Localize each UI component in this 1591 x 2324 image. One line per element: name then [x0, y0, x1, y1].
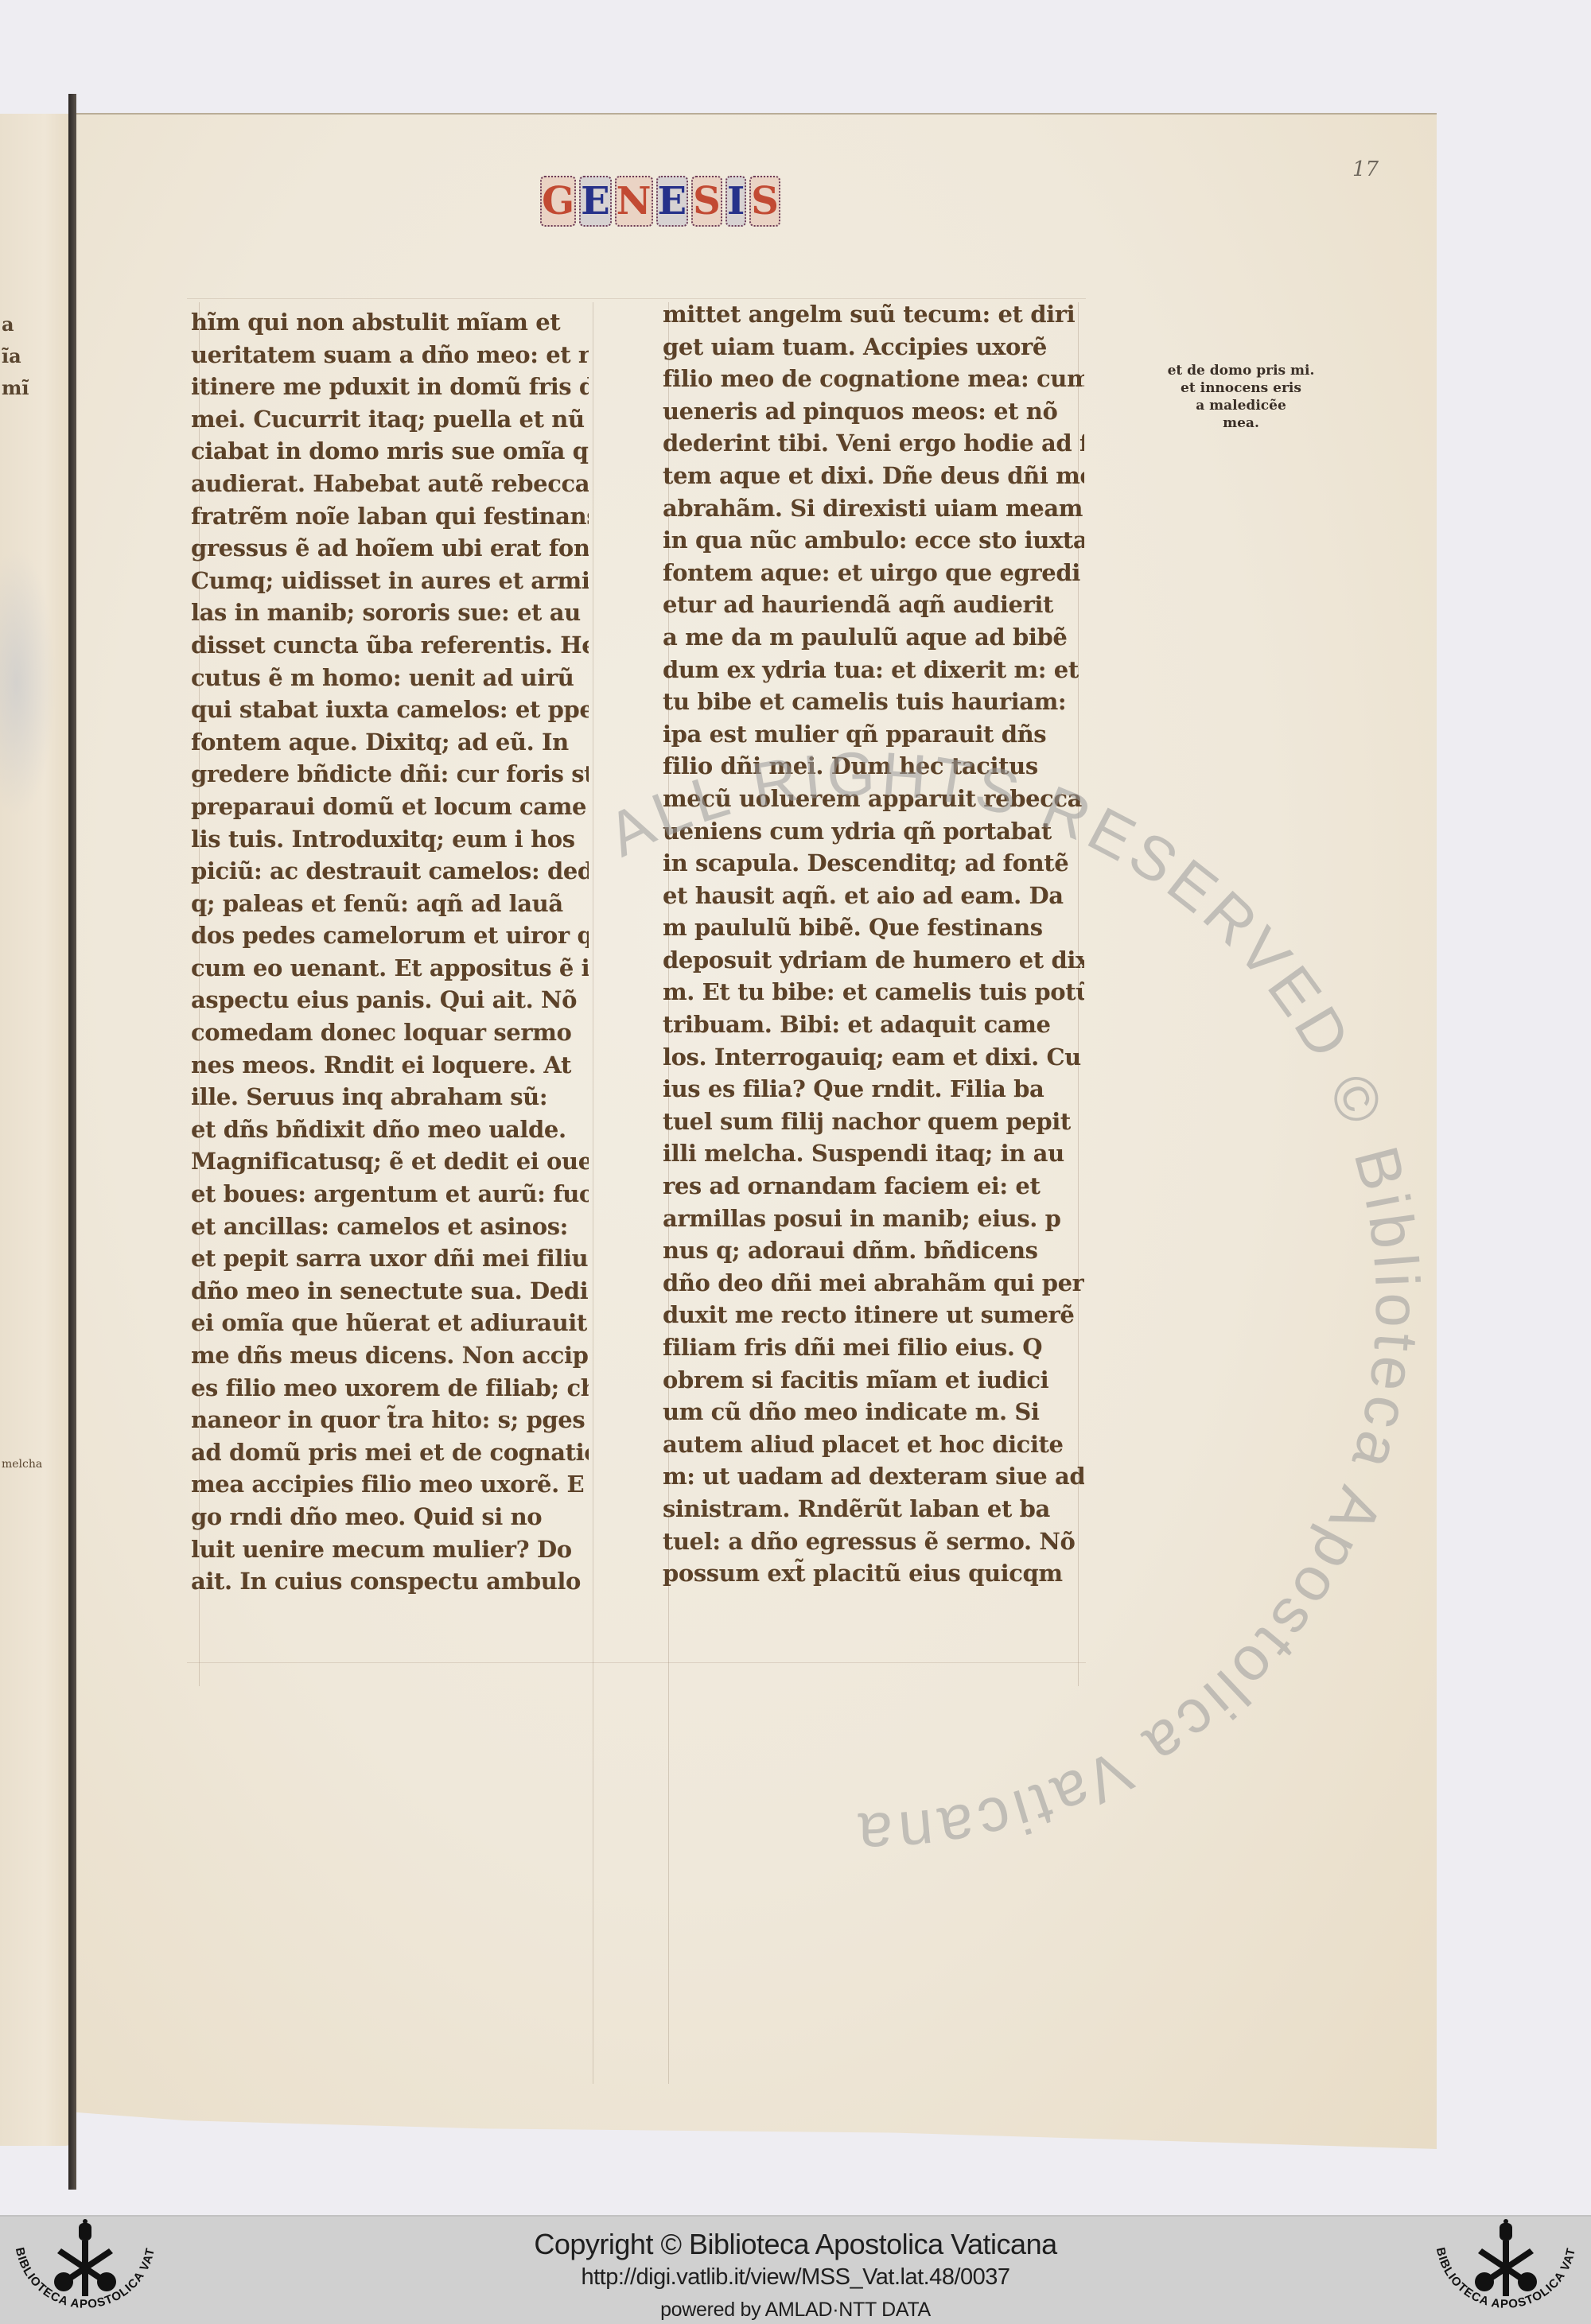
manuscript-line: in scapula. Descenditq; ad fontẽ [663, 847, 1084, 880]
manuscript-line: filio meo de cognatione mea: cum [663, 363, 1084, 395]
manuscript-line: etur ad hauriendã aqñ audierit [663, 589, 1084, 621]
manuscript-line: Magnificatusq; ẽ et dedit ei oues [191, 1145, 589, 1178]
footer-bar: Copyright © Biblioteca Apostolica Vatica… [0, 2215, 1591, 2324]
manuscript-line: los. Interrogauiq; eam et dixi. Cu [663, 1041, 1084, 1074]
manuscript-line: es filio meo uxorem de filiab; cha [191, 1372, 589, 1405]
copyright-text: Copyright © Biblioteca Apostolica Vatica… [0, 2228, 1591, 2261]
manuscript-line: mea accipies filio meo uxorẽ. E [191, 1468, 589, 1501]
manuscript-line: tem aque et dixi. Dñe deus dñi mei [663, 460, 1084, 492]
manuscript-line: nus q; adoraui dñm. bñdicens [663, 1234, 1084, 1267]
manuscript-line: fontem aque: et uirgo que egredi [663, 557, 1084, 589]
manuscript-line: las in manib; sororis sue: et au [191, 597, 589, 629]
manuscript-line: et hausit aqñ. et aio ad eam. Da [663, 880, 1084, 912]
manuscript-line: a me da m paululũ aque ad bibẽ [663, 621, 1084, 654]
margin-note-line: et de domo pris mi. [1138, 362, 1344, 379]
title-letter: S [749, 176, 780, 227]
manuscript-line: fratrẽm noĩe laban qui festinans e [191, 500, 589, 533]
title-letter: N [615, 176, 653, 227]
text-column-right: mittet angelm suũ tecum: et diriget uiam… [663, 298, 1084, 1590]
folio-number: 17 [1352, 157, 1379, 181]
title-letter: I [725, 176, 746, 227]
left-page-fragment: a [2, 313, 14, 336]
left-page-fragment: mĩ [2, 376, 29, 399]
marginal-correction-note: et de domo pris mi. et innocens eris a m… [1138, 362, 1344, 432]
scan-image: a ĩa mĩ melcha G E N E S I S 17 hĩm qui … [0, 0, 1591, 2215]
manuscript-line: go rndi dño meo. Quid si no [191, 1501, 589, 1533]
manuscript-line: obrem si facitis mĩam et iudici [663, 1364, 1084, 1397]
manuscript-line: itinere me pduxit in domũ fris dñi [191, 371, 589, 403]
manuscript-line: ius es filia? Que rndit. Filia ba [663, 1073, 1084, 1106]
manuscript-line: ueneris ad pinquos meos: et nõ [663, 395, 1084, 428]
title-letter: E [656, 176, 689, 227]
manuscript-line: q; paleas et fenũ: aqñ ad lauã [191, 888, 589, 920]
manuscript-line: sinistram. Rndẽrũt laban et ba [663, 1493, 1084, 1525]
manuscript-line: dum ex ydria tua: et dixerit m: et [663, 654, 1084, 686]
manuscript-line: filiam fris dñi mei filio eius. Q [663, 1331, 1084, 1364]
powered-by-text: powered by AMLAD·NTT DATA [0, 2299, 1591, 2322]
manuscript-line: res ad ornandam faciem ei: et [663, 1170, 1084, 1203]
title-letter: S [691, 176, 722, 227]
manuscript-line: luit uenire mecum mulier? Do [191, 1533, 589, 1566]
manuscript-line: ipa est mulier qñ pparauit dñs [663, 718, 1084, 751]
manuscript-line: tuel sum filij nachor quem pepit [663, 1106, 1084, 1138]
permalink-url[interactable]: http://digi.vatlib.it/view/MSS_Vat.lat.4… [0, 2264, 1591, 2291]
manuscript-line: ille. Seruus inq abraham sũ: [191, 1081, 589, 1113]
folio-top-edge [76, 113, 1437, 115]
title-letter: G [540, 176, 576, 227]
manuscript-line: ueniens cum ydria qñ portabat [663, 815, 1084, 848]
manuscript-line: m: ut uadam ad dexteram siue ad [663, 1460, 1084, 1493]
margin-note-line: mea. [1138, 414, 1344, 432]
running-title-genesis: G E N E S I S [553, 171, 768, 231]
manuscript-line: abrahãm. Si direxisti uiam meam [663, 492, 1084, 525]
margin-note-line: et innocens eris [1138, 379, 1344, 397]
manuscript-line: et ancillas: camelos et asinos: [191, 1211, 589, 1243]
manuscript-line: filio dñi mei. Dum hec tacitus [663, 750, 1084, 783]
manuscript-line: dño meo in senectute sua. Deditq; [191, 1275, 589, 1308]
manuscript-line: piciũ: ac destrauit camelos: dedit [191, 855, 589, 888]
manuscript-line: duxit me recto itinere ut sumerẽ [663, 1299, 1084, 1331]
manuscript-line: audierat. Habebat autẽ rebecca [191, 468, 589, 500]
manuscript-line: hĩm qui non abstulit mĩam et [191, 306, 589, 339]
manuscript-line: m. Et tu bibe: et camelis tuis potũ [663, 976, 1084, 1008]
manuscript-line: mittet angelm suũ tecum: et diri [663, 298, 1084, 331]
ruling-line [187, 1662, 1086, 1663]
manuscript-line: naneor in quor t̃ra hito: s; pges [191, 1404, 589, 1436]
manuscript-line: cum eo uenant. Et appositus ẽ in [191, 952, 589, 985]
manuscript-line: gressus ẽ ad hoĩem ubi erat fons. [191, 532, 589, 565]
ruling-line [593, 302, 593, 2084]
vatican-library-seal-icon: BIBLIOTECA APOSTOLICA VATICANA [1422, 2217, 1589, 2322]
manuscript-line: comedam donec loquar sermo [191, 1016, 589, 1049]
manuscript-line: cutus ẽ m homo: uenit ad uirũ [191, 662, 589, 694]
manuscript-line: ad domũ pris mei et de cognatioẽ [191, 1436, 589, 1469]
manuscript-line: get uiam tuam. Accipies uxorẽ [663, 331, 1084, 363]
manuscript-line: aspectu eius panis. Qui ait. Nõ [191, 984, 589, 1016]
manuscript-line: preparaui domũ et locum came [191, 791, 589, 823]
left-page-edge: a ĩa mĩ melcha [0, 114, 75, 2146]
manuscript-line: armillas posui in manib; eius. p [663, 1203, 1084, 1235]
manuscript-line: nes meos. Rndit ei loquere. At [191, 1049, 589, 1082]
manuscript-line: mecũ uoluerem apparuit rebecca [663, 783, 1084, 815]
manuscript-line: m paululũ bibẽ. Que festinans [663, 911, 1084, 944]
manuscript-line: et dñs bñdixit dño meo ualde. [191, 1113, 589, 1146]
manuscript-line: possum ext̃ placitũ eius quicqm [663, 1557, 1084, 1590]
manuscript-line: Cumq; uidisset in aures et armil [191, 565, 589, 597]
manuscript-line: ei omĩa que hũerat et adiurauit [191, 1307, 589, 1339]
manuscript-line: qui stabat iuxta camelos: et ppe [191, 694, 589, 726]
manuscript-line: illi melcha. Suspendi itaq; in au [663, 1137, 1084, 1170]
manuscript-line: gredere bñdicte dñi: cur foris sta? [191, 758, 589, 791]
gutter-shadow [68, 94, 76, 2190]
manuscript-line: lis tuis. Introduxitq; eum i hos [191, 823, 589, 856]
manuscript-line: tu bibe et camelis tuis hauriam: [663, 686, 1084, 718]
manuscript-line: mei. Cucurrit itaq; puella et nũ [191, 403, 589, 436]
manuscript-line: in qua nũc ambulo: ecce sto iuxta [663, 524, 1084, 557]
text-column-left: hĩm qui non abstulit mĩam etueritatem su… [191, 306, 589, 1598]
manuscript-line: deposuit ydriam de humero et dixit [663, 944, 1084, 977]
vine-decoration-showthrough [0, 547, 56, 818]
title-letter: E [579, 176, 612, 227]
left-page-fragment: melcha [2, 1458, 42, 1471]
left-page-fragment: ĩa [2, 344, 21, 367]
manuscript-line: dos pedes camelorum et uiror q [191, 919, 589, 952]
manuscript-line: ciabat in domo mris sue omĩa q [191, 435, 589, 468]
manuscript-line: tribuam. Bibi: et adaquit came [663, 1008, 1084, 1041]
manuscript-line: um cũ dño meo indicate m. Si [663, 1396, 1084, 1428]
manuscript-line: ueritatem suam a dño meo: et recto [191, 339, 589, 371]
vatican-library-seal-icon: BIBLIOTECA APOSTOLICA VATICANA [2, 2217, 169, 2322]
manuscript-line: me dñs meus dicens. Non accipi [191, 1339, 589, 1372]
manuscript-line: dederint tibi. Veni ergo hodie ad fõ [663, 427, 1084, 460]
manuscript-line: tuel: a dño egressus ẽ sermo. Nõ [663, 1525, 1084, 1558]
manuscript-line: et pepit sarra uxor dñi mei filium [191, 1242, 589, 1275]
manuscript-line: ait. In cuius conspectu ambulo [191, 1565, 589, 1598]
manuscript-line: fontem aque. Dixitq; ad eũ. In [191, 726, 589, 759]
manuscript-line: disset cuncta ũba referentis. Hec lo [191, 629, 589, 662]
manuscript-line: dño deo dñi mei abrahãm qui per [663, 1267, 1084, 1300]
manuscript-line: autem aliud placet et hoc dicite [663, 1428, 1084, 1461]
manuscript-line: et boues: argentum et aurũ: fuos [191, 1178, 589, 1211]
margin-note-line: a maledicẽe [1138, 397, 1344, 414]
